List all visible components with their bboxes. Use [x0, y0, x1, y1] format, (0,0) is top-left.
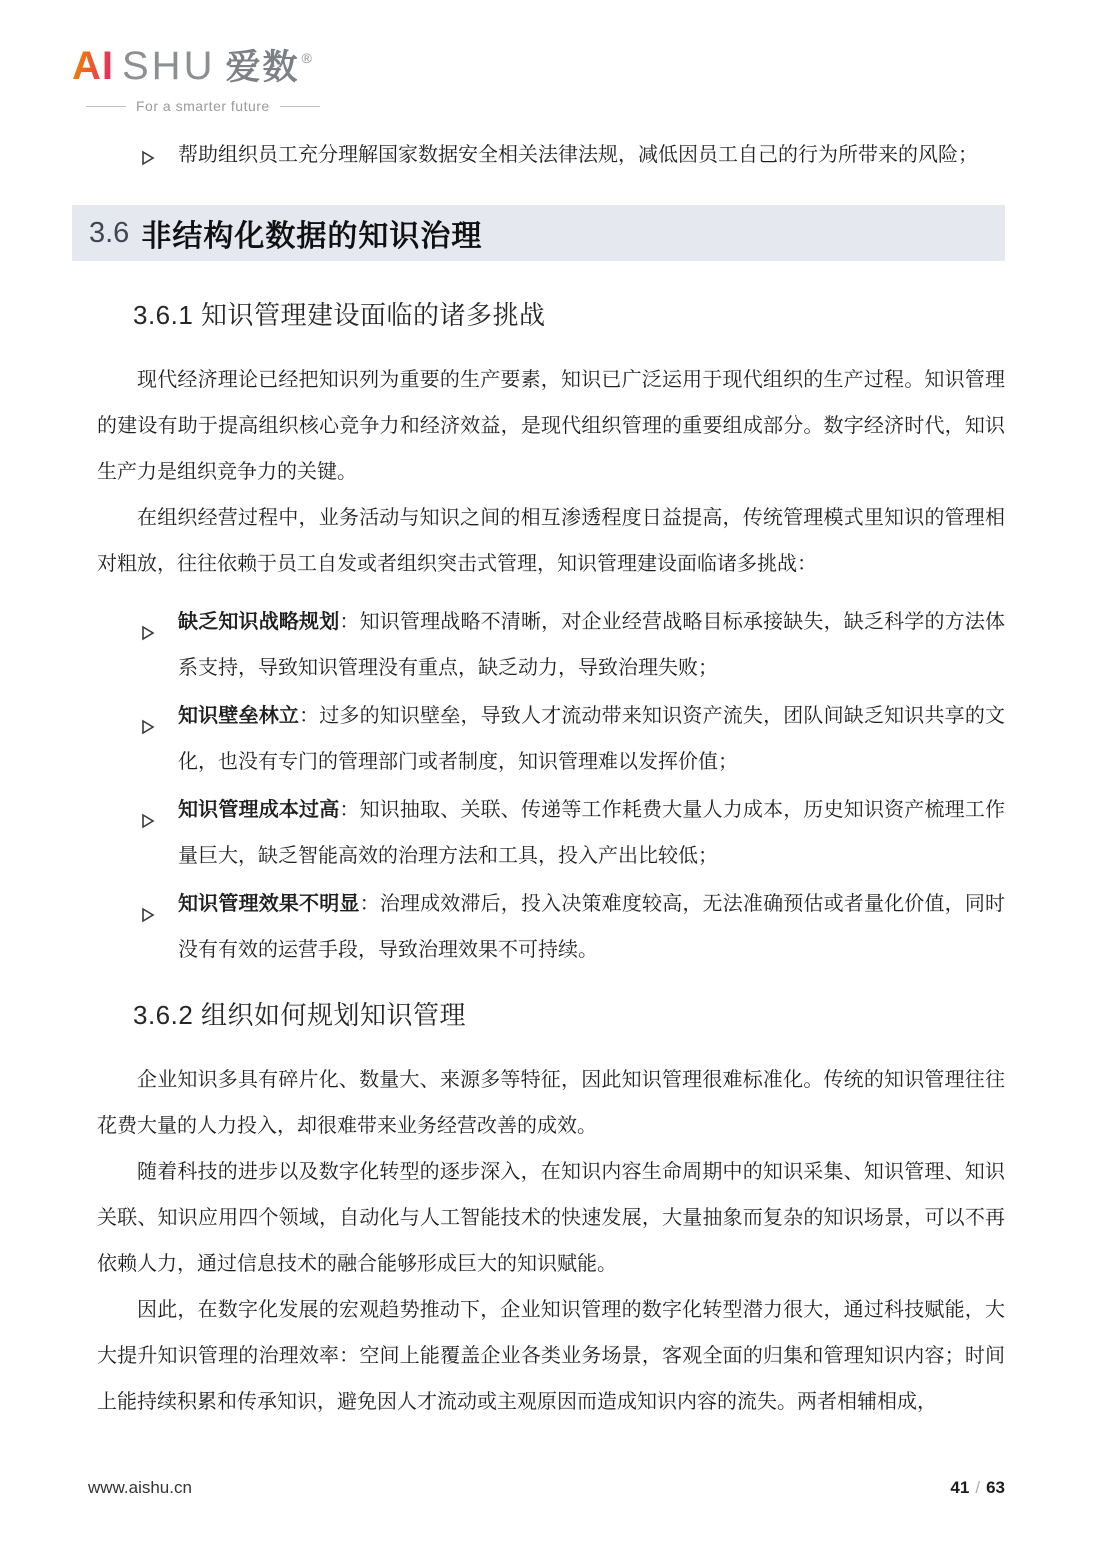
list-item: 缺乏知识战略规划：知识管理战略不清晰，对企业经营战略目标承接缺失，缺乏科学的方法…	[97, 599, 1005, 691]
list-item-text: 缺乏知识战略规划：知识管理战略不清晰，对企业经营战略目标承接缺失，缺乏科学的方法…	[178, 599, 1005, 691]
subsection-heading-3-6-2: 3.6.2 组织如何规划知识管理	[133, 999, 1005, 1031]
page-separator: /	[969, 1478, 986, 1497]
list-item-term: 缺乏知识战略规划	[178, 611, 339, 633]
list-item-text: 知识管理效果不明显：治理成效滞后，投入决策难度较高，无法准确预估或者量化价值，同…	[178, 881, 1005, 973]
arrow-bullet-icon	[141, 693, 178, 785]
paragraph: 现代经济理论已经把知识列为重要的生产要素，知识已广泛运用于现代组织的生产过程。知…	[97, 357, 1005, 495]
paragraph: 企业知识多具有碎片化、数量大、来源多等特征，因此知识管理很难标准化。传统的知识管…	[97, 1057, 1005, 1149]
list-item: 知识管理效果不明显：治理成效滞后，投入决策难度较高，无法准确预估或者量化价值，同…	[97, 881, 1005, 973]
page-current: 41	[950, 1478, 969, 1497]
logo-wordmark: AI SHU 爱数 ®	[72, 40, 320, 90]
list-item-desc: ：过多的知识壁垒，导致人才流动带来知识资产流失，团队间缺乏知识共享的文化，也没有…	[178, 705, 1005, 773]
section-title: 非结构化数据的知识治理	[141, 211, 482, 255]
document-page: AI SHU 爱数 ® For a smarter future 帮助组织员工充…	[0, 0, 1102, 1559]
arrow-bullet-icon	[141, 599, 178, 691]
page-total: 63	[986, 1478, 1005, 1497]
logo-tagline: For a smarter future	[86, 98, 320, 114]
section-heading-3-6: 3.6 非结构化数据的知识治理	[72, 205, 1005, 261]
list-item: 知识管理成本过高：知识抽取、关联、传递等工作耗费大量人力成本，历史知识资产梳理工…	[97, 787, 1005, 879]
section-number: 3.6	[89, 217, 129, 250]
list-item-text: 知识管理成本过高：知识抽取、关联、传递等工作耗费大量人力成本，历史知识资产梳理工…	[178, 787, 1005, 879]
paragraph: 随着科技的进步以及数字化转型的逐步深入，在知识内容生命周期中的知识采集、知识管理…	[97, 1149, 1005, 1287]
page-content: 帮助组织员工充分理解国家数据安全相关法律法规，减低因员工自己的行为所带来的风险；…	[97, 140, 1005, 1425]
paragraph: 在组织经营过程中，业务活动与知识之间的相互渗透程度日益提高，传统管理模式里知识的…	[97, 495, 1005, 587]
tagline-text: For a smarter future	[136, 98, 270, 114]
arrow-bullet-icon	[141, 787, 178, 879]
tagline-right-dash	[280, 106, 320, 107]
list-item-term: 知识壁垒林立	[178, 705, 299, 727]
list-item-term: 知识管理效果不明显	[178, 893, 360, 915]
logo-shu-text: SHU	[122, 44, 215, 89]
aishu-logo: AI SHU 爱数 ® For a smarter future	[72, 40, 320, 114]
logo-ai-text: AI	[72, 44, 114, 89]
list-item-text: 知识壁垒林立：过多的知识壁垒，导致人才流动带来知识资产流失，团队间缺乏知识共享的…	[178, 693, 1005, 785]
arrow-bullet-icon	[141, 140, 178, 175]
registered-trademark-icon: ®	[301, 50, 311, 66]
list-item: 知识壁垒林立：过多的知识壁垒，导致人才流动带来知识资产流失，团队间缺乏知识共享的…	[97, 693, 1005, 785]
list-item: 帮助组织员工充分理解国家数据安全相关法律法规，减低因员工自己的行为所带来的风险；	[97, 140, 1005, 175]
page-number: 41/63	[950, 1478, 1005, 1498]
challenges-list: 缺乏知识战略规划：知识管理战略不清晰，对企业经营战略目标承接缺失，缺乏科学的方法…	[97, 599, 1005, 973]
logo-chinese-text: 爱数	[225, 40, 299, 90]
page-footer: www.aishu.cn 41/63	[88, 1478, 1005, 1498]
arrow-bullet-icon	[141, 881, 178, 973]
list-item-text: 帮助组织员工充分理解国家数据安全相关法律法规，减低因员工自己的行为所带来的风险；	[178, 140, 1005, 175]
list-item-term: 知识管理成本过高	[178, 799, 339, 821]
paragraph: 因此，在数字化发展的宏观趋势推动下，企业知识管理的数字化转型潜力很大，通过科技赋…	[97, 1287, 1005, 1425]
subsection-heading-3-6-1: 3.6.1 知识管理建设面临的诸多挑战	[133, 299, 1005, 331]
tagline-left-dash	[86, 106, 126, 107]
website-link[interactable]: www.aishu.cn	[88, 1478, 192, 1498]
